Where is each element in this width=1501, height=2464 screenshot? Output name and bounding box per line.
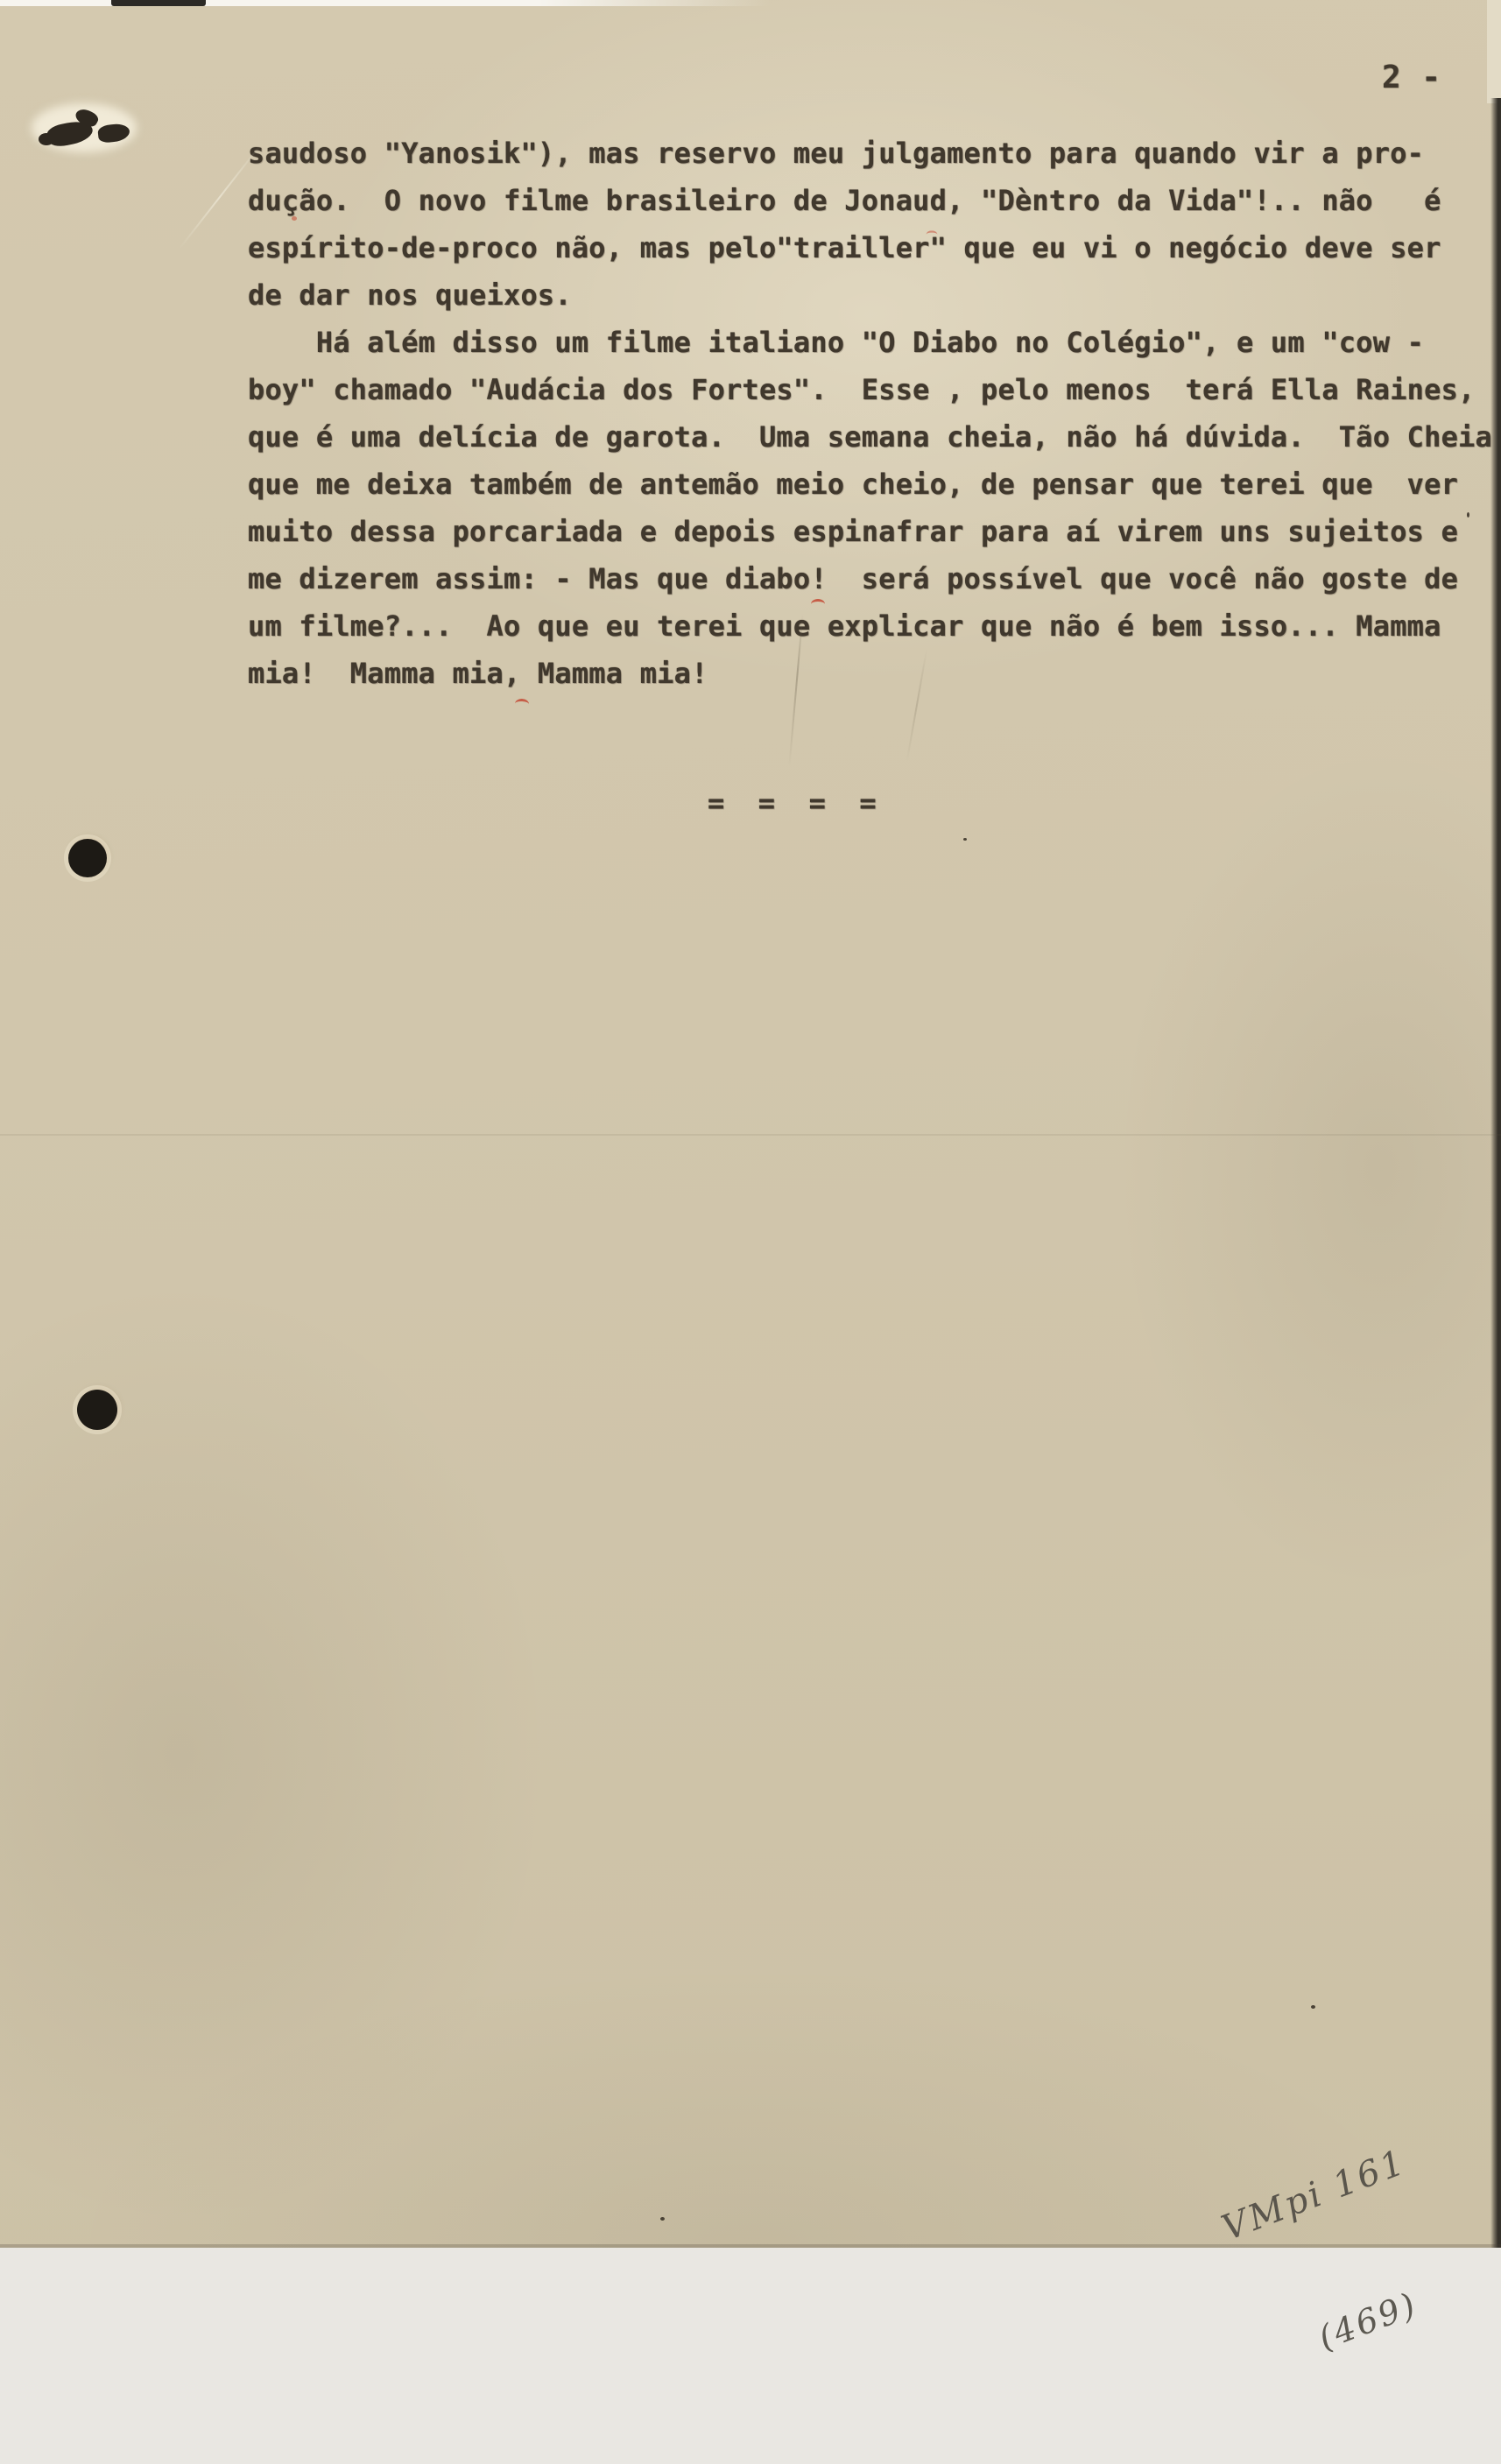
red-proof-mark: [515, 699, 530, 710]
red-proof-mark: [292, 216, 297, 221]
typed-line: que é uma delícia de garota. Uma semana …: [248, 413, 1501, 461]
section-divider: = = = =: [708, 779, 877, 827]
typed-line: boy" chamado "Audácia dos Fortes". Esse …: [248, 366, 1501, 413]
typed-line: saudoso "Yanosik"), mas reservo meu julg…: [248, 130, 1501, 177]
typed-text-block: saudoso "Yanosik"), mas reservo meu julg…: [248, 130, 1501, 697]
typed-line: de dar nos queixos.: [248, 271, 1501, 319]
handwriting-line: VMpi 161: [1216, 2139, 1413, 2248]
hole-punch: [77, 1390, 117, 1430]
red-proof-mark: [811, 599, 825, 609]
typed-line: espírito-de-proco não, mas pelo"trailler…: [248, 224, 1501, 271]
paper-speck: [660, 2217, 665, 2221]
scanned-document-page: 2 - saudoso "Yanosik"), mas reservo meu …: [0, 0, 1501, 2248]
page-edge-right-light: [1487, 0, 1501, 103]
hole-punch: [68, 839, 107, 877]
scanner-edge-artifact: [111, 0, 206, 6]
paper-speck: [1467, 512, 1469, 517]
archival-handwriting: VMpi 161 (469): [1183, 2054, 1495, 2248]
typed-line: me dizerem assim: - Mas que diabo! será …: [248, 555, 1501, 602]
paper-speck: [963, 838, 967, 841]
typed-line: mia! Mamma mia, Mamma mia!: [248, 650, 1501, 697]
typed-line: um filme?... Ao que eu terei que explica…: [248, 602, 1501, 650]
typed-line: muito dessa porcariada e depois espinafr…: [248, 508, 1501, 555]
typed-line: que me deixa também de antemão meio chei…: [248, 461, 1501, 508]
ink-smudge: [39, 133, 54, 145]
typed-line: Há além disso um filme italiano "O Diabo…: [248, 319, 1501, 366]
paper-speck: [1311, 2005, 1315, 2009]
page-number: 2 -: [1382, 60, 1441, 95]
paper-crease: [0, 1134, 1501, 1136]
red-proof-mark: [927, 230, 938, 239]
typed-line: dução. O novo filme brasileiro de Jonaud…: [248, 177, 1501, 224]
